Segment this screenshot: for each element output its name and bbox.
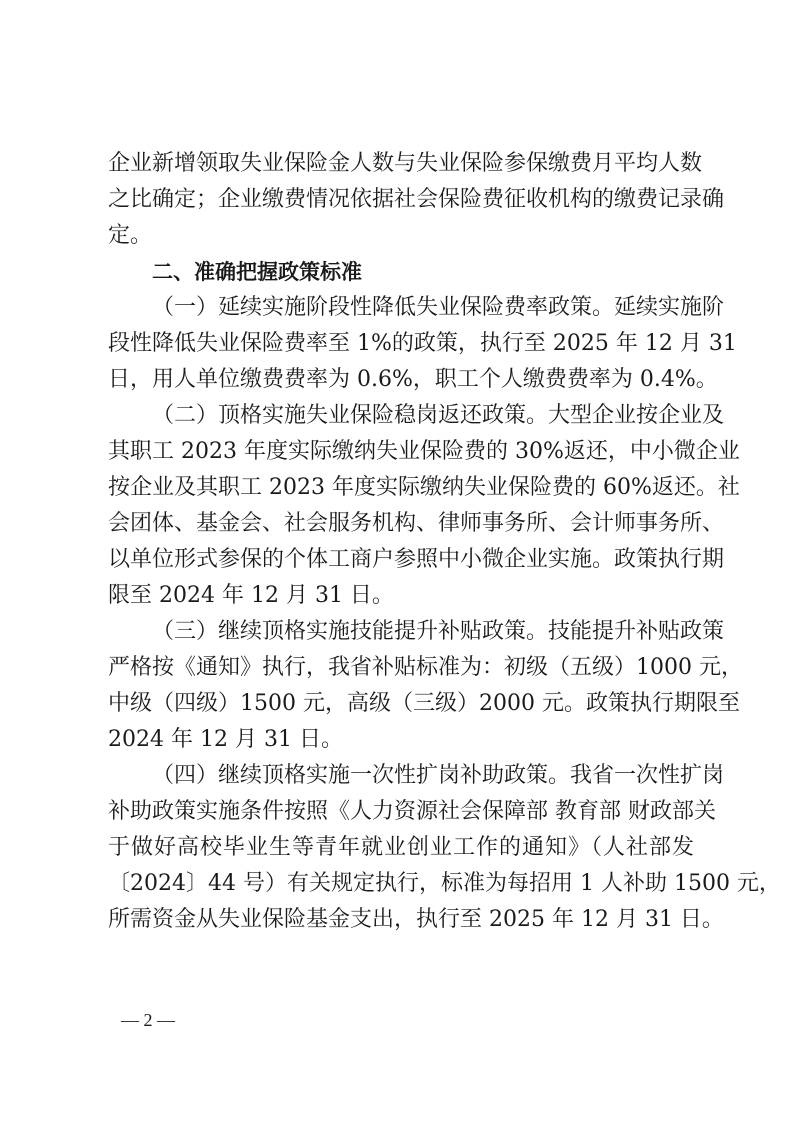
text-line: 按企业及其职工 2023 年度实际缴纳失业保险费的 60%返还。社	[108, 470, 694, 506]
text-line: 企业新增领取失业保险金人数与失业保险参保缴费月平均人数	[108, 146, 694, 182]
document-body: 企业新增领取失业保险金人数与失业保险参保缴费月平均人数 之比确定；企业缴费情况依…	[108, 146, 694, 938]
text-line: 于做好高校毕业生等青年就业创业工作的通知》（人社部发	[108, 830, 694, 866]
text-line: 中级（四级）1500 元，高级（三级）2000 元。政策执行期限至	[108, 686, 694, 722]
paragraph-2: （二）顶格实施失业保险稳岗返还政策。大型企业按企业及 其职工 2023 年度实际…	[108, 398, 694, 614]
text-line: 段性降低失业保险费率至 1%的政策，执行至 2025 年 12 月 31	[108, 326, 694, 362]
text-line: 其职工 2023 年度实际缴纳失业保险费的 30%返还，中小微企业	[108, 434, 694, 470]
paragraph-1: （一）延续实施阶段性降低失业保险费率政策。延续实施阶 段性降低失业保险费率至 1…	[108, 290, 694, 398]
paragraph-3: （三）继续顶格实施技能提升补贴政策。技能提升补贴政策 严格按《通知》执行，我省补…	[108, 614, 694, 758]
page-number: — 2 —	[121, 1008, 175, 1032]
text-line: 补助政策实施条件按照《人力资源社会保障部 教育部 财政部关	[108, 794, 694, 830]
section-heading: 二、准确把握政策标准	[108, 254, 694, 290]
text-line: （二）顶格实施失业保险稳岗返还政策。大型企业按企业及	[108, 398, 694, 434]
text-line: 定。	[108, 218, 694, 254]
text-line: 所需资金从失业保险基金支出，执行至 2025 年 12 月 31 日。	[108, 902, 694, 938]
text-line: 限至 2024 年 12 月 31 日。	[108, 578, 694, 614]
text-line: 〔2024〕44 号）有关规定执行，标准为每招用 1 人补助 1500 元，	[108, 866, 694, 902]
text-line: 之比确定；企业缴费情况依据社会保险费征收机构的缴费记录确	[108, 182, 694, 218]
text-line: 会团体、基金会、社会服务机构、律师事务所、会计师事务所、	[108, 506, 694, 542]
text-line: 2024 年 12 月 31 日。	[108, 722, 694, 758]
text-line: （四）继续顶格实施一次性扩岗补助政策。我省一次性扩岗	[108, 758, 694, 794]
paragraph-4: （四）继续顶格实施一次性扩岗补助政策。我省一次性扩岗 补助政策实施条件按照《人力…	[108, 758, 694, 938]
text-line: 日，用人单位缴费费率为 0.6%，职工个人缴费费率为 0.4%。	[108, 362, 694, 398]
text-line: 严格按《通知》执行，我省补贴标准为：初级（五级）1000 元，	[108, 650, 694, 686]
text-line: 以单位形式参保的个体工商户参照中小微企业实施。政策执行期	[108, 542, 694, 578]
text-line: （三）继续顶格实施技能提升补贴政策。技能提升补贴政策	[108, 614, 694, 650]
text-line: （一）延续实施阶段性降低失业保险费率政策。延续实施阶	[108, 290, 694, 326]
